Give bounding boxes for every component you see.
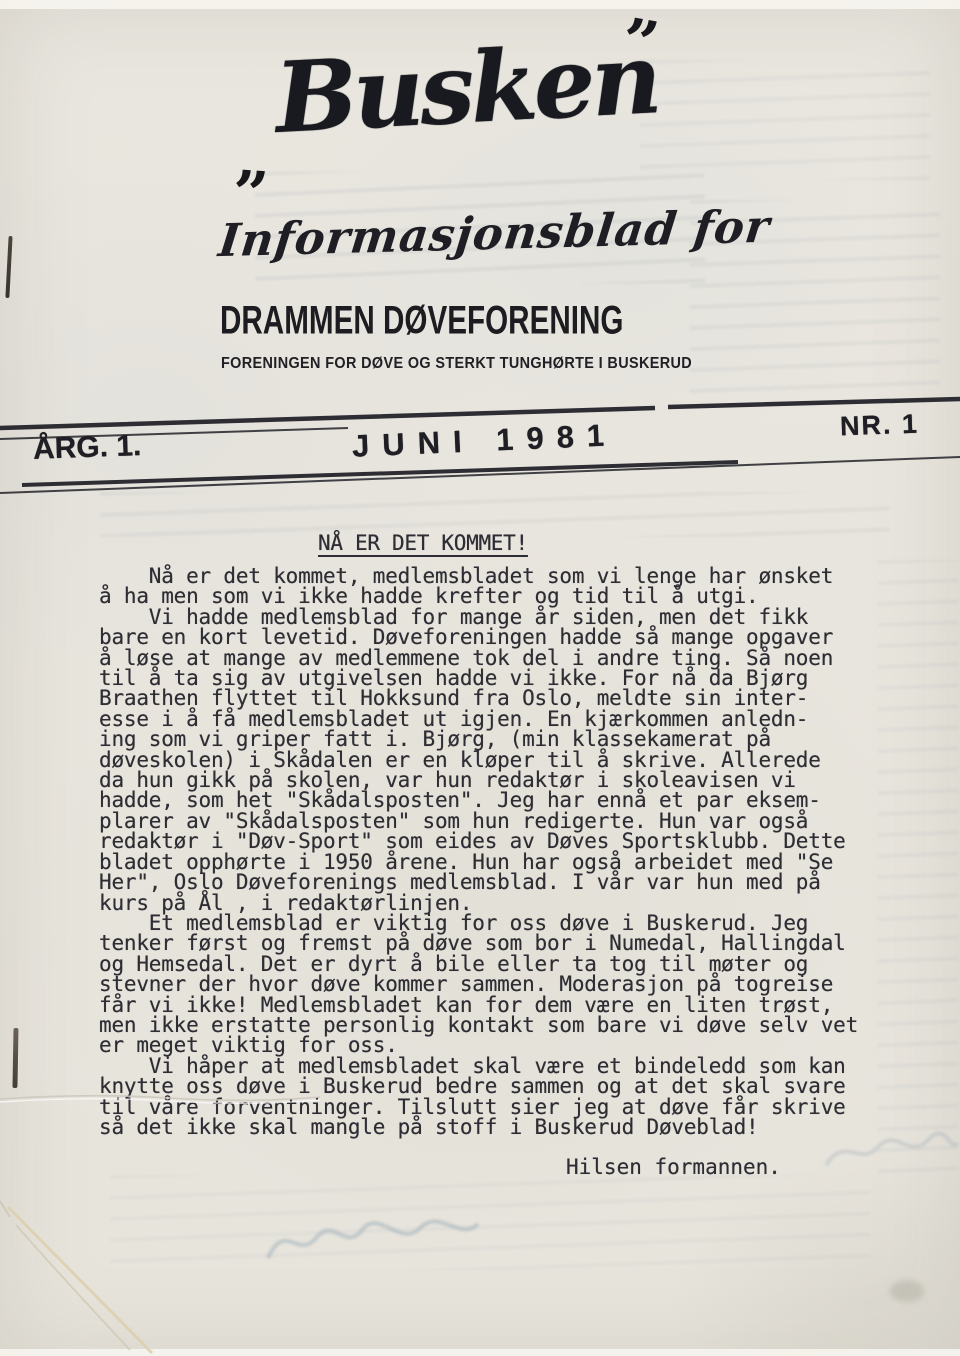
- organization-tagline: FORENINGEN FOR DØVE OG STERKT TUNGHØRTE …: [221, 355, 692, 373]
- paper-fold-bottom-left: [0, 1195, 200, 1356]
- handwriting-bleedthrough: [820, 1105, 960, 1195]
- article-body: Nå er det kommet, medlemsbladet som vi l…: [99, 566, 899, 1137]
- article-heading: NÅ ER DET KOMMET!: [318, 531, 528, 555]
- organization-name: DRAMMEN DØVEFORENING: [220, 299, 623, 344]
- scan-top-edge: [0, 0, 960, 9]
- masthead-script-subtitle: Informasjonsblad for: [216, 200, 773, 268]
- bleedthrough-artifact: [110, 1175, 870, 1270]
- masthead-title: Busken: [273, 30, 660, 147]
- smudge-artifact: [890, 1280, 924, 1302]
- article-paragraph: Et medlemsblad er viktig for oss døve i …: [99, 913, 899, 1056]
- bleedthrough-artifact: [640, 60, 930, 180]
- article-signature: Hilsen formannen.: [566, 1155, 781, 1179]
- masthead-open-quote: „: [234, 127, 274, 191]
- newsletter-page: ” Busken „ Informasjonsblad for DRAMMEN …: [0, 0, 960, 1356]
- paper-crease-horizontal: [0, 1085, 320, 1115]
- staple-top: [5, 236, 12, 298]
- handwriting-bleedthrough: [250, 1200, 490, 1280]
- article-paragraph: Nå er det kommet, medlemsbladet som vi l…: [99, 566, 899, 913]
- issue-volume: ÅRG. 1.: [32, 429, 141, 467]
- issue-number: NR. 1: [839, 409, 919, 443]
- staple-bottom: [12, 1028, 18, 1088]
